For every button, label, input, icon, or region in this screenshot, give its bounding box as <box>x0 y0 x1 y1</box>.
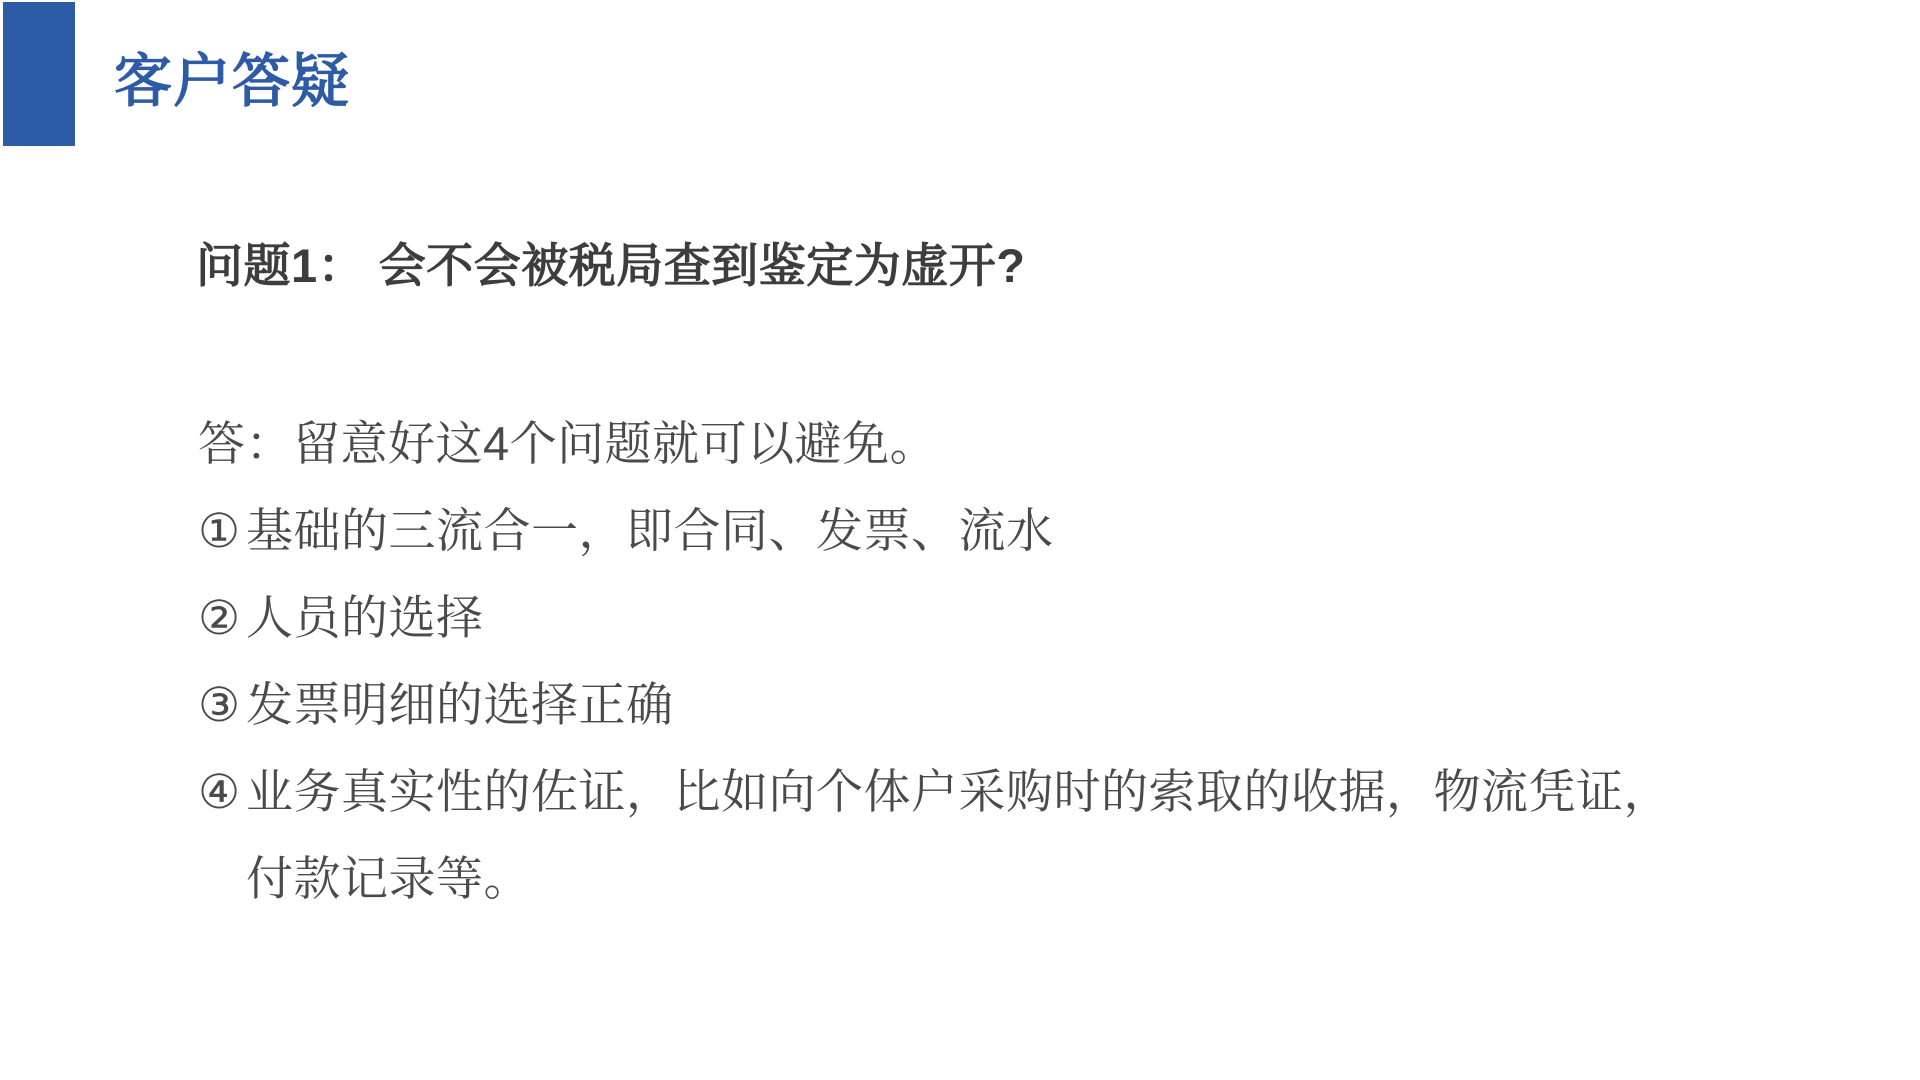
item-line: 付款记录等。 <box>246 835 1758 922</box>
answer-points-list: ① 基础的三流合一，即合同、发票、流水 ② 人员的选择 ③ 发票明细的选择正确 … <box>198 487 1758 922</box>
item-text: 基础的三流合一，即合同、发票、流水 <box>246 487 1758 574</box>
item-number-marker: ③ <box>198 661 246 748</box>
item-number-marker: ② <box>198 574 246 661</box>
answer-block: 答：留意好这4个问题就可以避免。 ① 基础的三流合一，即合同、发票、流水 ② 人… <box>198 400 1758 922</box>
item-text: 业务真实性的佐证，比如向个体户采购时的索取的收据，物流凭证， 付款记录等。 <box>246 748 1758 922</box>
answer-point-item: ③ 发票明细的选择正确 <box>198 661 1758 748</box>
answer-intro: 答：留意好这4个问题就可以避免。 <box>198 400 1758 487</box>
answer-point-item: ① 基础的三流合一，即合同、发票、流水 <box>198 487 1758 574</box>
page-title: 客户答疑 <box>114 50 350 114</box>
item-line: 业务真实性的佐证，比如向个体户采购时的索取的收据，物流凭证， <box>246 748 1758 835</box>
title-accent-bar <box>3 2 75 146</box>
slide: 客户答疑 问题1： 会不会被税局查到鉴定为虚开? 答：留意好这4个问题就可以避免… <box>0 0 1920 1080</box>
item-line: 基础的三流合一，即合同、发票、流水 <box>246 487 1758 574</box>
item-line: 发票明细的选择正确 <box>246 661 1758 748</box>
item-number-marker: ① <box>198 487 246 574</box>
answer-point-item: ④ 业务真实性的佐证，比如向个体户采购时的索取的收据，物流凭证， 付款记录等。 <box>198 748 1758 922</box>
item-text: 人员的选择 <box>246 574 1758 661</box>
item-text: 发票明细的选择正确 <box>246 661 1758 748</box>
item-line: 人员的选择 <box>246 574 1758 661</box>
item-number-marker: ④ <box>198 748 246 835</box>
answer-point-item: ② 人员的选择 <box>198 574 1758 661</box>
question-heading: 问题1： 会不会被税局查到鉴定为虚开? <box>196 236 1025 296</box>
